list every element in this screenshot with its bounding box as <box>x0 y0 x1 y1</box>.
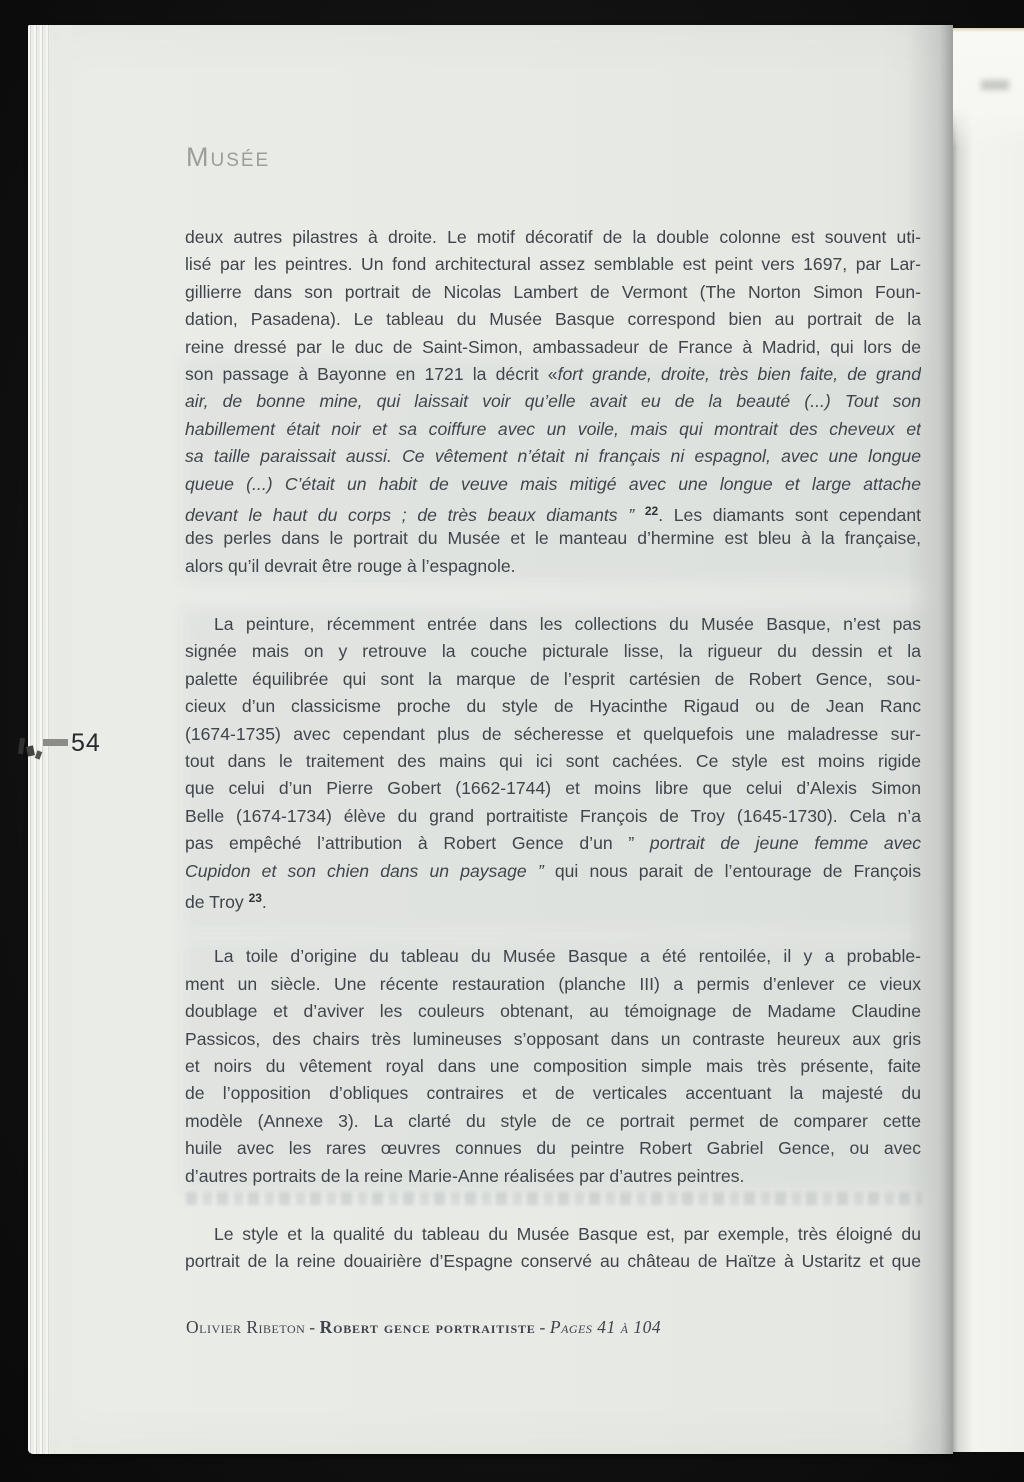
text-line: (1674-1735) avec cependant plus de séche… <box>185 721 921 748</box>
text-segment: d’autres portraits de la reine Marie-Ann… <box>185 1166 744 1186</box>
text-line: queue (...) C’était un habit de veuve ma… <box>185 471 921 498</box>
facing-page-edge <box>953 28 1024 1452</box>
text-line: pas empêché l’attribution à Robert Gence… <box>185 830 921 857</box>
footer-separator: - <box>305 1317 319 1337</box>
text-line: son passage à Bayonne en 1721 la décrit … <box>185 361 921 388</box>
text-segment: huile avec les rares œuvres connues du p… <box>185 1138 921 1158</box>
text-line: habillement était noir et sa coiffure av… <box>185 416 921 443</box>
text-segment: La peinture, récemment entrée dans les c… <box>214 614 921 634</box>
text-line: de l’opposition d’obliques contraires et… <box>185 1080 921 1107</box>
text-line: modèle (Annexe 3). La clarté du style de… <box>185 1108 921 1135</box>
text-segment: ment un siècle. Une récente restauration… <box>185 974 921 994</box>
text-line: huile avec les rares œuvres connues du p… <box>185 1135 921 1162</box>
text-segment: qui nous parait de l’entourage de Franço… <box>555 861 921 881</box>
text-segment: gillierre dans son portrait de Nicolas L… <box>185 282 921 302</box>
paragraph: deux autres pilastres à droite. Le motif… <box>185 224 921 580</box>
text-segment: cieux d’un classicisme proche du style d… <box>185 696 921 716</box>
page-header: Musée <box>186 144 270 171</box>
text-line: des perles dans le portrait du Musée et … <box>185 525 921 552</box>
text-line: Cupidon et son chien dans un paysage ” q… <box>185 858 921 885</box>
text-line: cieux d’un classicisme proche du style d… <box>185 693 921 720</box>
text-segment: que celui d’un Pierre Gobert (1662-1744)… <box>185 778 921 798</box>
footnote-reference: 23 <box>249 891 262 905</box>
text-segment: habillement était noir et sa coiffure av… <box>185 419 921 439</box>
text-line: La toile d’origine du tableau du Musée B… <box>185 943 921 970</box>
paragraph: La peinture, récemment entrée dans les c… <box>185 611 921 912</box>
footer-title: Robert gence portraitiste <box>320 1317 536 1337</box>
text-segment: signée mais on y retrouve la couche pict… <box>185 641 921 661</box>
text-line: dation, Pasadena). Le tableau du Musée B… <box>185 306 921 333</box>
text-line: devant le haut du corps ; de très beaux … <box>185 498 921 525</box>
text-line: signée mais on y retrouve la couche pict… <box>185 638 921 665</box>
text-segment: lisé par les peintres. Un fond architect… <box>185 254 921 274</box>
text-segment: air, de bonne mine, qui laissait voir qu… <box>185 391 921 411</box>
text-segment: . Les diamants sont cependant <box>658 505 921 525</box>
text-segment: son passage à Bayonne en 1721 la décrit … <box>185 364 558 384</box>
text-segment: Cupidon et son chien dans un paysage ” <box>185 861 555 881</box>
text-line: Passicos, des chairs très lumineuses s’o… <box>185 1026 921 1053</box>
text-segment: palette équilibrée qui sont la marque de… <box>185 669 921 689</box>
text-segment: portrait de la reine douairière d’Espagn… <box>185 1251 921 1271</box>
text-line: et noirs du vêtement royal dans une comp… <box>185 1053 921 1080</box>
text-line: sa taille paraissait aussi. Ce vêtement … <box>185 443 921 470</box>
footnote-reference: 22 <box>645 504 658 518</box>
text-segment: devant le haut du corps ; de très beaux … <box>185 505 645 525</box>
text-segment: doublage et d’aviver les couleurs obtena… <box>185 1001 921 1021</box>
body-text: deux autres pilastres à droite. Le motif… <box>185 224 921 1307</box>
text-line: alors qu’il devrait être rouge à l’espag… <box>185 553 921 580</box>
text-segment: . <box>262 892 267 912</box>
text-segment: Le style et la qualité du tableau du Mus… <box>214 1224 921 1244</box>
text-line: La peinture, récemment entrée dans les c… <box>185 611 921 638</box>
footer-pages: Pages 41 à 104 <box>550 1317 661 1337</box>
paragraph: La toile d’origine du tableau du Musée B… <box>185 943 921 1190</box>
text-line: doublage et d’aviver les couleurs obtena… <box>185 998 921 1025</box>
text-line: Le style et la qualité du tableau du Mus… <box>185 1221 921 1248</box>
text-line: reine dressé par le duc de Saint-Simon, … <box>185 334 921 361</box>
text-line: air, de bonne mine, qui laissait voir qu… <box>185 388 921 415</box>
text-line: de Troy 23. <box>185 885 921 912</box>
text-segment: Passicos, des chairs très lumineuses s’o… <box>185 1029 921 1049</box>
footer: Olivier Ribeton-Robert gence portraitist… <box>186 1317 661 1338</box>
text-segment: dation, Pasadena). Le tableau du Musée B… <box>185 309 921 329</box>
text-segment: modèle (Annexe 3). La clarté du style de… <box>185 1111 921 1131</box>
text-segment: et noirs du vêtement royal dans une comp… <box>185 1056 921 1076</box>
text-segment: alors qu’il devrait être rouge à l’espag… <box>185 556 516 576</box>
text-segment: tout dans le traitement des mains qui ic… <box>185 751 921 771</box>
text-line: que celui d’un Pierre Gobert (1662-1744)… <box>185 775 921 802</box>
text-line: d’autres portraits de la reine Marie-Ann… <box>185 1163 921 1190</box>
text-line: palette équilibrée qui sont la marque de… <box>185 666 921 693</box>
text-segment: fort grande, droite, très bien faite, de… <box>558 364 921 384</box>
footer-separator: - <box>536 1317 550 1337</box>
text-segment: (1674-1735) avec cependant plus de séche… <box>185 724 921 744</box>
text-line: portrait de la reine douairière d’Espagn… <box>185 1248 921 1275</box>
text-line: lisé par les peintres. Un fond architect… <box>185 251 921 278</box>
paragraph: Le style et la qualité du tableau du Mus… <box>185 1221 921 1276</box>
text-segment: queue (...) C’était un habit de veuve ma… <box>185 474 921 494</box>
text-line: deux autres pilastres à droite. Le motif… <box>185 224 921 251</box>
text-segment: des perles dans le portrait du Musée et … <box>185 528 921 548</box>
text-segment: Belle (1674-1734) élève du grand portrai… <box>185 806 921 826</box>
page-number-bar <box>43 739 68 746</box>
text-line: tout dans le traitement des mains qui ic… <box>185 748 921 775</box>
text-segment: de Troy <box>185 892 249 912</box>
text-segment: reine dressé par le duc de Saint-Simon, … <box>185 337 921 357</box>
text-segment: de l’opposition d’obliques contraires et… <box>185 1083 921 1103</box>
text-segment: sa taille paraissait aussi. Ce vêtement … <box>185 446 921 466</box>
footer-author: Olivier Ribeton <box>186 1317 305 1337</box>
page-number: 54 <box>71 729 101 758</box>
text-line: gillierre dans son portrait de Nicolas L… <box>185 279 921 306</box>
text-segment: La toile d’origine du tableau du Musée B… <box>214 946 921 966</box>
faint-mark <box>981 80 1009 90</box>
text-segment: portrait de jeune femme avec <box>650 833 921 853</box>
text-segment: pas empêché l’attribution à Robert Gence… <box>185 833 650 853</box>
text-segment: deux autres pilastres à droite. Le motif… <box>185 227 921 247</box>
text-line: ment un siècle. Une récente restauration… <box>185 971 921 998</box>
text-line: Belle (1674-1734) élève du grand portrai… <box>185 803 921 830</box>
